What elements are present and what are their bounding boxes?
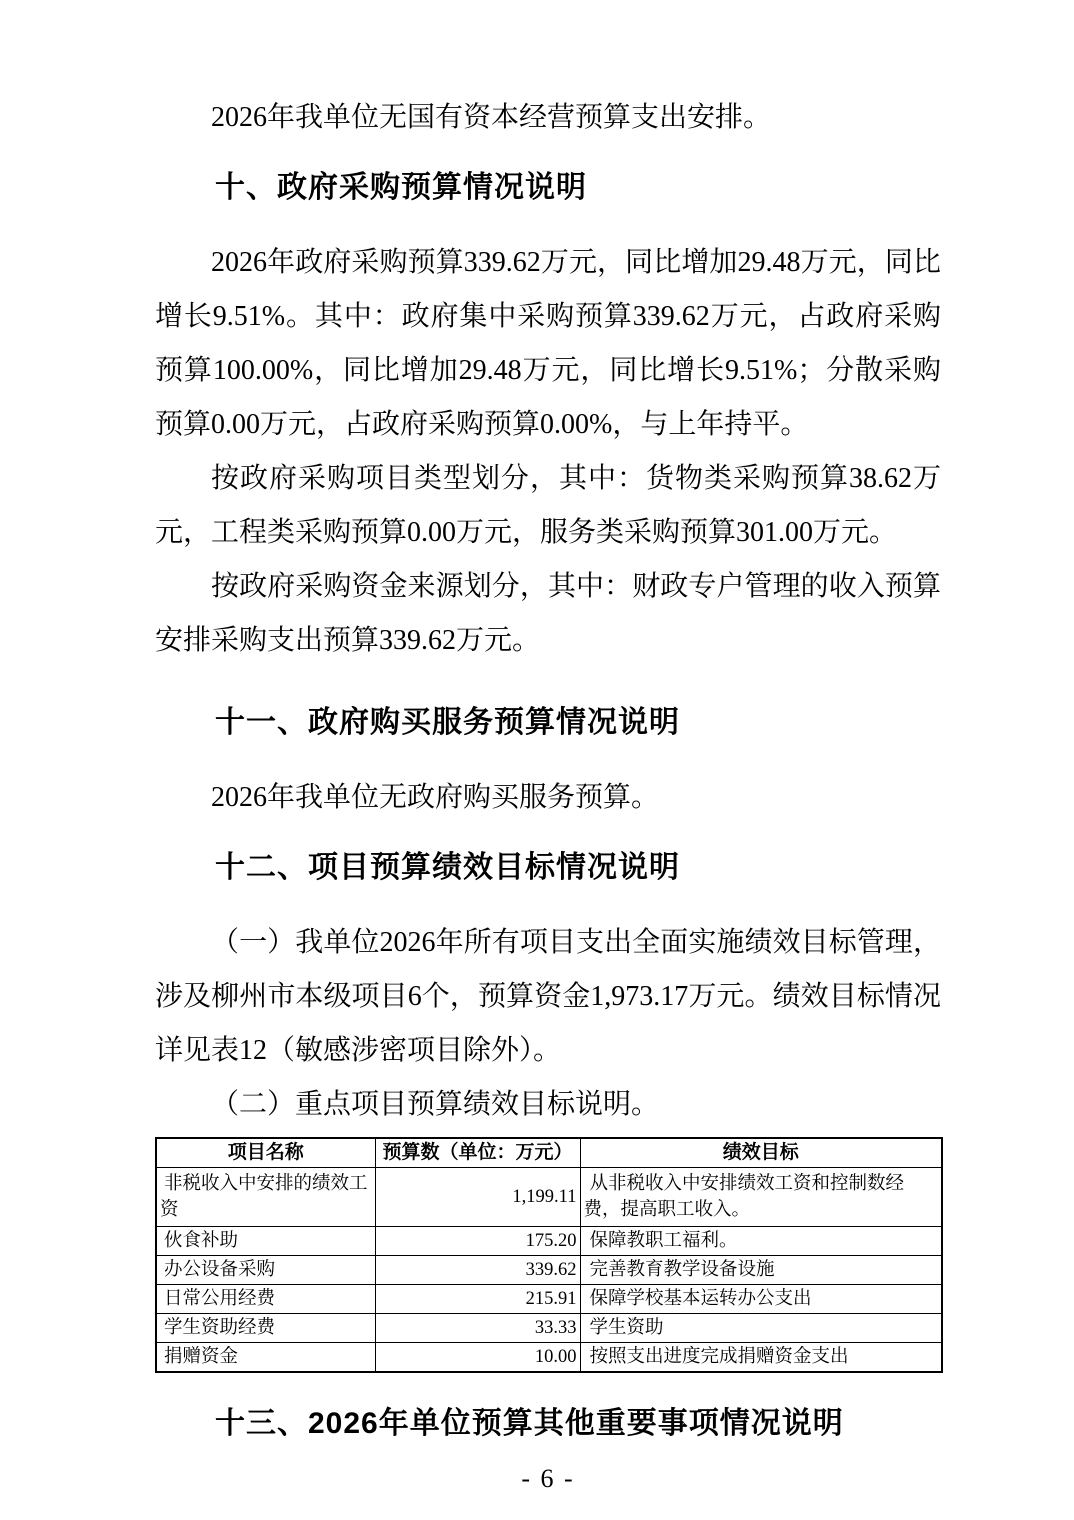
cell-project-name: 非税收入中安排的绩效工资	[156, 1168, 375, 1227]
cell-budget-amount: 175.20	[375, 1227, 580, 1256]
intro-paragraph: 2026年我单位无国有资本经营预算支出安排。	[155, 91, 941, 145]
page-number: - 6 -	[155, 1464, 941, 1494]
cell-budget-amount: 10.00	[375, 1343, 580, 1373]
cell-project-name: 办公设备采购	[156, 1256, 375, 1285]
section-12-paragraph-2: （二）重点项目预算绩效目标说明。	[155, 1078, 941, 1132]
section-10-paragraph-3: 按政府采购资金来源划分，其中：财政专户管理的收入预算安排采购支出预算339.62…	[155, 560, 941, 668]
section-12-paragraph-1: （一）我单位2026年所有项目支出全面实施绩效目标管理，涉及柳州市本级项目6个，…	[155, 916, 941, 1078]
section-10-heading: 十、政府采购预算情况说明	[155, 167, 941, 209]
table-row: 捐赠资金 10.00 按照支出进度完成捐赠资金支出	[156, 1343, 942, 1373]
cell-performance-target: 学生资助	[580, 1314, 942, 1343]
cell-project-name: 捐赠资金	[156, 1343, 375, 1373]
table-row: 学生资助经费 33.33 学生资助	[156, 1314, 942, 1343]
section-13-heading: 十三、2026年单位预算其他重要事项情况说明	[155, 1403, 941, 1445]
cell-project-name: 学生资助经费	[156, 1314, 375, 1343]
section-10-paragraph-2: 按政府采购项目类型划分，其中：货物类采购预算38.62万元，工程类采购预算0.0…	[155, 452, 941, 560]
table-row: 伙食补助 175.20 保障教职工福利。	[156, 1227, 942, 1256]
col-header-project-name: 项目名称	[156, 1138, 375, 1168]
col-header-performance-target: 绩效目标	[580, 1138, 942, 1168]
cell-performance-target: 按照支出进度完成捐赠资金支出	[580, 1343, 942, 1373]
cell-performance-target: 完善教育教学设备设施	[580, 1256, 942, 1285]
table-row: 非税收入中安排的绩效工资 1,199.11 从非税收入中安排绩效工资和控制数经费…	[156, 1168, 942, 1227]
cell-project-name: 伙食补助	[156, 1227, 375, 1256]
cell-budget-amount: 33.33	[375, 1314, 580, 1343]
document-page: 2026年我单位无国有资本经营预算支出安排。 十、政府采购预算情况说明 2026…	[0, 0, 1074, 1520]
section-11-heading: 十一、政府购买服务预算情况说明	[155, 702, 941, 744]
cell-budget-amount: 339.62	[375, 1256, 580, 1285]
col-header-budget-amount: 预算数（单位：万元）	[375, 1138, 580, 1168]
section-10-paragraph-1: 2026年政府采购预算339.62万元，同比增加29.48万元，同比增长9.51…	[155, 236, 941, 452]
table-header-row: 项目名称 预算数（单位：万元） 绩效目标	[156, 1138, 942, 1168]
cell-performance-target: 从非税收入中安排绩效工资和控制数经费，提高职工收入。	[580, 1168, 942, 1227]
section-12-heading: 十二、项目预算绩效目标情况说明	[155, 847, 941, 889]
cell-budget-amount: 1,199.11	[375, 1168, 580, 1227]
table-row: 日常公用经费 215.91 保障学校基本运转办公支出	[156, 1285, 942, 1314]
cell-budget-amount: 215.91	[375, 1285, 580, 1314]
section-11-paragraph-1: 2026年我单位无政府购买服务预算。	[155, 771, 941, 825]
table-row: 办公设备采购 339.62 完善教育教学设备设施	[156, 1256, 942, 1285]
cell-performance-target: 保障学校基本运转办公支出	[580, 1285, 942, 1314]
performance-target-table: 项目名称 预算数（单位：万元） 绩效目标 非税收入中安排的绩效工资 1,199.…	[155, 1137, 943, 1373]
cell-performance-target: 保障教职工福利。	[580, 1227, 942, 1256]
cell-project-name: 日常公用经费	[156, 1285, 375, 1314]
